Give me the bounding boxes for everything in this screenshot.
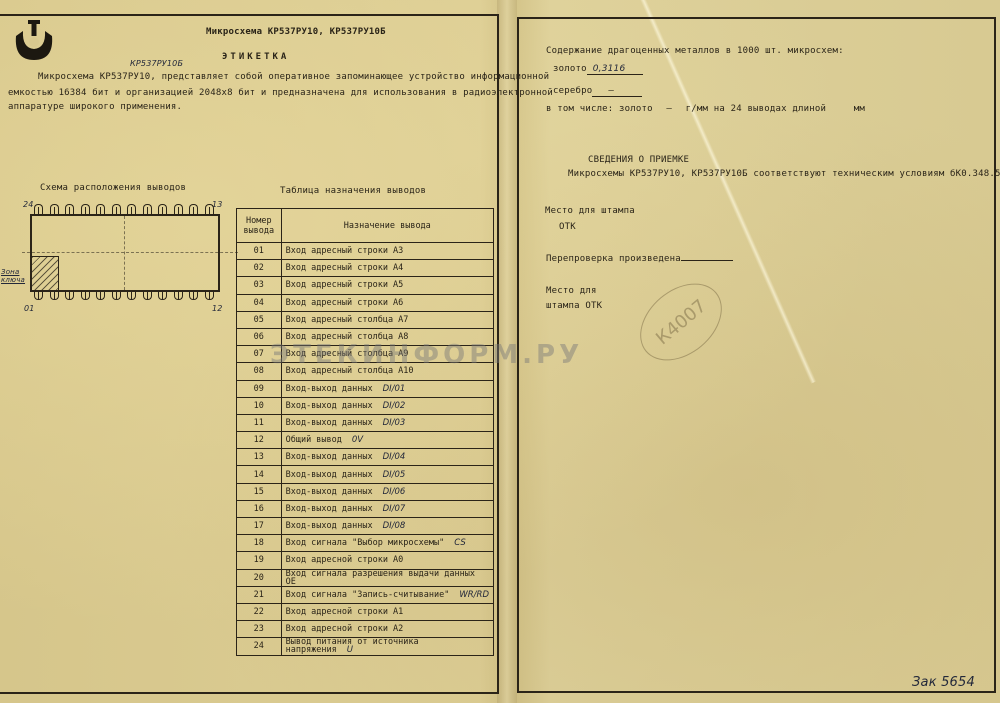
pin-purpose-cell: Вход-выход данныхDI/01 xyxy=(281,380,493,397)
key-zone-label: Зона ключа xyxy=(1,268,23,284)
description-line-3: аппаратуре широкого применения. xyxy=(8,102,182,112)
chip-outline xyxy=(30,214,220,292)
pin-label-12: 12 xyxy=(212,304,223,313)
pin-purpose-text: Вход адресный строки А3 xyxy=(286,246,404,256)
pin-purpose-text: Общий вывод xyxy=(286,435,342,445)
pin-purpose-text: Вход адресной строки А1 xyxy=(286,607,404,617)
table-row: 18Вход сигнала "Выбор микросхемы"CS xyxy=(237,535,494,552)
pin-number-cell: 22 xyxy=(237,603,282,620)
acceptance-title: СВЕДЕНИЯ О ПРИЕМКЕ xyxy=(588,155,689,165)
pin-number-cell: 10 xyxy=(237,397,282,414)
precious-metals-header: Содержание драгоценных металлов в 1000 ш… xyxy=(546,46,844,56)
bottom-pin-row xyxy=(34,290,214,300)
gold-label: золото xyxy=(553,64,587,74)
table-row: 01Вход адресный строки А3 xyxy=(237,243,494,260)
pin-purpose-cell: Вход-выход данныхDI/02 xyxy=(281,397,493,414)
handwritten-model-note: КР537РУ10Б xyxy=(130,59,183,68)
silver-row: серебро— xyxy=(553,86,642,97)
gold-row: золото0,3116 xyxy=(553,64,643,75)
acceptance-text: Микросхемы КР537РУ10, КР537РУ10Б соответ… xyxy=(568,169,1000,179)
table-header-row: Номер вывода Назначение вывода xyxy=(237,209,494,243)
table-row: 15Вход-выход данныхDI/06 xyxy=(237,483,494,500)
stamp-place-label-2b: штампа ОТК xyxy=(546,301,602,311)
pin-handwritten-note: DI/02 xyxy=(383,401,406,411)
pin-handwritten-note: 0V xyxy=(352,435,363,445)
pin-number-cell: 23 xyxy=(237,621,282,638)
pin-purpose-cell: Вход сигнала "Выбор микросхемы"CS xyxy=(281,535,493,552)
pin-purpose-text: Вход-выход данных xyxy=(286,504,373,514)
pin-purpose-cell: Вход-выход данныхDI/06 xyxy=(281,483,493,500)
table-row: 05Вход адресный столбца А7 xyxy=(237,311,494,328)
diagram-title: Схема расположения выводов xyxy=(40,183,186,193)
pin-purpose-text: Вход адресный столбца А7 xyxy=(286,315,409,325)
length-unit: мм xyxy=(854,104,865,114)
pin-number-cell: 21 xyxy=(237,586,282,603)
recheck-row: Перепроверка произведена xyxy=(546,254,733,264)
table-row: 21Вход сигнала "Запись-считывание"WR/RD xyxy=(237,586,494,603)
pin-purpose-cell: Вход-выход данныхDI/03 xyxy=(281,414,493,431)
including-gold-value: — xyxy=(666,104,672,114)
column-header-purpose: Назначение вывода xyxy=(281,209,493,243)
stamp-place-label-1b: ОТК xyxy=(559,222,576,232)
description-line-1: Микросхема КР537РУ10, представляет собой… xyxy=(38,72,549,82)
table-row: 10Вход-выход данныхDI/02 xyxy=(237,397,494,414)
pin-handwritten-note: DI/05 xyxy=(383,470,406,480)
pin-label-01: 01 xyxy=(24,304,35,313)
pin-number-cell: 02 xyxy=(237,260,282,277)
pin-purpose-cell: Вход-выход данныхDI/07 xyxy=(281,500,493,517)
table-title: Таблица назначения выводов xyxy=(280,186,426,196)
pin-purpose-cell: Вход сигнала "Запись-считывание"WR/RD xyxy=(281,586,493,603)
pin-handwritten-note: DI/03 xyxy=(383,418,406,428)
pin-number-cell: 15 xyxy=(237,483,282,500)
recheck-label: Перепроверка произведена xyxy=(546,254,681,264)
pin-purpose-cell: Вход адресной строки А1 xyxy=(281,603,493,620)
pin-number-cell: 14 xyxy=(237,466,282,483)
pin-number-cell: 16 xyxy=(237,500,282,517)
gold-value: 0,3116 xyxy=(593,64,626,74)
pin-purpose-text: Вход-выход данных xyxy=(286,384,373,394)
pin-purpose-text: Вход адресный строки А5 xyxy=(286,280,404,290)
pin-purpose-cell: Вход адресной строки А2 xyxy=(281,621,493,638)
pin-purpose-text: Вход-выход данных xyxy=(286,470,373,480)
pin-purpose-cell: Вход адресный строки А6 xyxy=(281,294,493,311)
pin-purpose-text: Вход-выход данных xyxy=(286,521,373,531)
description-line-2: емкостью 16384 бит и организацией 2048х8… xyxy=(8,88,553,98)
pin-number-cell: 04 xyxy=(237,294,282,311)
pin-purpose-cell: Вход адресной строки А0 xyxy=(281,552,493,569)
right-page-frame xyxy=(517,17,996,693)
pin-purpose-text: Вход адресный строки А6 xyxy=(286,298,404,308)
pin-number-cell: 18 xyxy=(237,535,282,552)
table-row: 22Вход адресной строки А1 xyxy=(237,603,494,620)
pin-number-cell: 01 xyxy=(237,243,282,260)
pin-purpose-text: Вход адресной строки А0 xyxy=(286,555,404,565)
silver-value: — xyxy=(608,86,614,96)
pin-number-cell: 24 xyxy=(237,638,282,655)
pin-handwritten-note: WR/RD xyxy=(459,590,489,600)
table-row: 13Вход-выход данныхDI/04 xyxy=(237,449,494,466)
pin-number-cell: 05 xyxy=(237,311,282,328)
pin-handwritten-note: DI/04 xyxy=(383,452,406,462)
stamp-place-label-1: Место для штампа xyxy=(545,206,635,216)
pin-handwritten-note: DI/06 xyxy=(383,487,406,497)
pin-purpose-text: Вход адресной строки А2 xyxy=(286,624,404,634)
pin-number-cell: 13 xyxy=(237,449,282,466)
pin-purpose-cell: Вход адресный столбца А7 xyxy=(281,311,493,328)
key-zone-hatch xyxy=(32,256,59,291)
table-row: 16Вход-выход данныхDI/07 xyxy=(237,500,494,517)
pin-number-cell: 03 xyxy=(237,277,282,294)
pin-handwritten-note: CS xyxy=(454,538,466,548)
pin-purpose-text: Вход сигнала разрешения выдачи данных OE xyxy=(286,569,475,587)
including-gold-pins-label: г/мм на 24 выводах длиной xyxy=(686,104,826,114)
pin-purpose-text: Вход-выход данных xyxy=(286,418,373,428)
table-row: 14Вход-выход данныхDI/05 xyxy=(237,466,494,483)
pin-purpose-text: Вход-выход данных xyxy=(286,401,373,411)
pin-number-cell: 11 xyxy=(237,414,282,431)
pin-handwritten-note: DI/01 xyxy=(383,384,406,394)
pin-purpose-cell: Вход сигнала разрешения выдачи данных OE xyxy=(281,569,493,586)
table-row: 11Вход-выход данныхDI/03 xyxy=(237,414,494,431)
stamp-place-label-2: Место для xyxy=(546,286,597,296)
factory-logo-icon xyxy=(10,18,56,64)
document-title: ЭТИКЕТКА xyxy=(222,52,289,62)
pin-purpose-cell: Вход адресный строки А5 xyxy=(281,277,493,294)
pin-handwritten-note: DI/07 xyxy=(383,504,406,514)
site-watermark: ЭТЕКИНФОРМ.РУ xyxy=(270,340,583,370)
pin-purpose-cell: Вход-выход данныхDI/08 xyxy=(281,518,493,535)
pin-purpose-text: Вход-выход данных xyxy=(286,452,373,462)
pin-number-cell: 20 xyxy=(237,569,282,586)
table-row: 23Вход адресной строки А2 xyxy=(237,621,494,638)
table-row: 09Вход-выход данныхDI/01 xyxy=(237,380,494,397)
table-row: 04Вход адресный строки А6 xyxy=(237,294,494,311)
pin-table-body: 01Вход адресный строки А302Вход адресный… xyxy=(237,243,494,656)
table-row: 03Вход адресный строки А5 xyxy=(237,277,494,294)
pin-number-cell: 17 xyxy=(237,518,282,535)
pin-number-cell: 19 xyxy=(237,552,282,569)
pin-number-cell: 12 xyxy=(237,432,282,449)
silver-label: серебро xyxy=(553,86,592,96)
table-row: 24Вывод питания от источника напряженияU xyxy=(237,638,494,655)
pin-purpose-cell: Вход адресный строки А4 xyxy=(281,260,493,277)
table-row: 17Вход-выход данныхDI/08 xyxy=(237,518,494,535)
column-header-pin-number: Номер вывода xyxy=(237,209,282,243)
pin-handwritten-note: U xyxy=(347,645,353,655)
including-gold-label: в том числе: золото xyxy=(546,104,653,114)
including-gold-row: в том числе: золото — г/мм на 24 выводах… xyxy=(546,104,865,114)
top-pin-row xyxy=(34,204,214,214)
table-row: 02Вход адресный строки А4 xyxy=(237,260,494,277)
pin-purpose-text: Вход сигнала "Выбор микросхемы" xyxy=(286,538,445,548)
pin-purpose-cell: Вход адресный строки А3 xyxy=(281,243,493,260)
pin-purpose-text: Вход-выход данных xyxy=(286,487,373,497)
pin-handwritten-note: DI/08 xyxy=(383,521,406,531)
table-row: 20Вход сигнала разрешения выдачи данных … xyxy=(237,569,494,586)
pin-purpose-text: Вход сигнала "Запись-считывание" xyxy=(286,590,450,600)
pin-purpose-text: Вход адресный строки А4 xyxy=(286,263,404,273)
pin-purpose-cell: Общий вывод0V xyxy=(281,432,493,449)
pin-label-24: 24 xyxy=(23,200,34,209)
pin-number-cell: 09 xyxy=(237,380,282,397)
recheck-blank xyxy=(681,260,733,261)
pin-purpose-cell: Вход-выход данныхDI/04 xyxy=(281,449,493,466)
table-row: 19Вход адресной строки А0 xyxy=(237,552,494,569)
document-header: Микросхема КР537РУ10, КР537РУ10Б xyxy=(206,27,386,37)
table-row: 12Общий вывод0V xyxy=(237,432,494,449)
pin-assignment-table: Номер вывода Назначение вывода 01Вход ад… xyxy=(236,208,494,656)
order-number: Зак 5654 xyxy=(912,675,975,690)
pin-purpose-cell: Вывод питания от источника напряженияU xyxy=(281,638,493,655)
pin-purpose-cell: Вход-выход данныхDI/05 xyxy=(281,466,493,483)
